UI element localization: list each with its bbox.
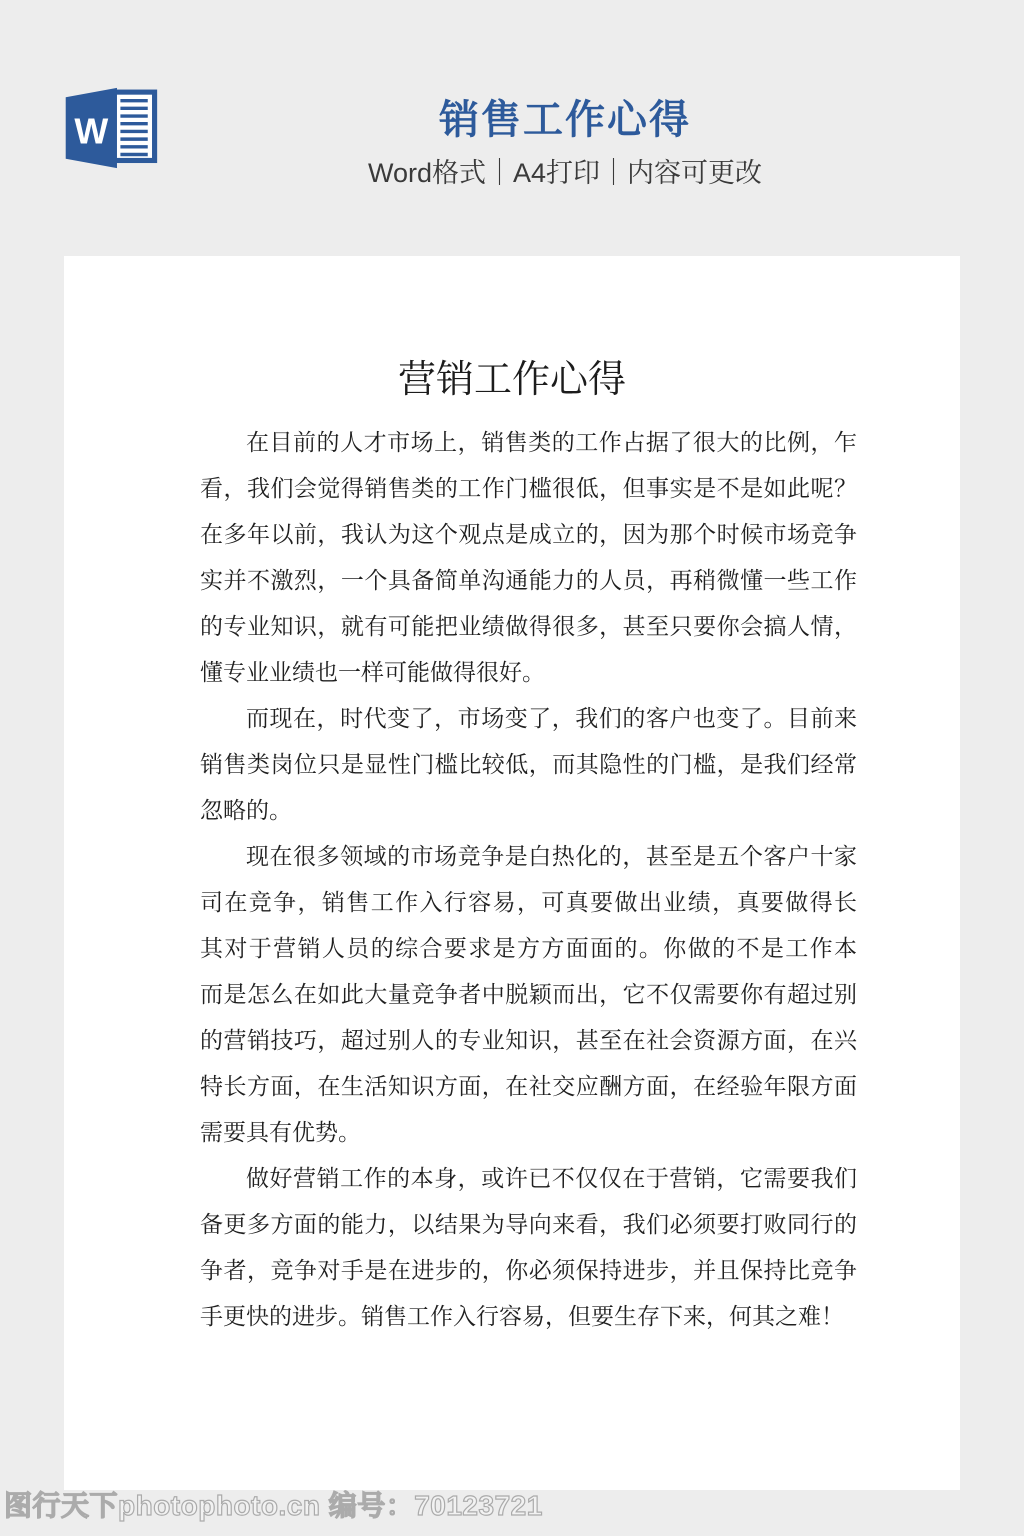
document-title: 营销工作心得	[64, 256, 960, 408]
document-line: 实并不激烈，一个具备简单沟通能力的人员，再稍微懂一些工作类	[200, 558, 857, 604]
header: W 销售工作心得 Word格式｜A4打印｜内容可更改	[0, 0, 1024, 256]
document-line: 手更快的进步。销售工作入行容易，但要生存下来，何其之难！	[200, 1294, 857, 1340]
document-line: 现在很多领域的市场竞争是白热化的，甚至是五个客户十家公	[200, 834, 857, 880]
document-line: 需要具有优势。	[200, 1110, 857, 1156]
template-subtitle: Word格式｜A4打印｜内容可更改	[106, 153, 1024, 193]
document-line: 争者，竞争对手是在进步的，你必须保持进步，并且保持比竞争对	[200, 1248, 857, 1294]
document-line: 而是怎么在如此大量竞争者中脱颖而出，它不仅需要你有超过别人	[200, 972, 857, 1018]
word-logo-letter: W	[74, 111, 108, 151]
watermark-text: 图行天下photophoto.cn 编号：70123721	[4, 1486, 543, 1526]
document-line: 做好营销工作的本身，或许已不仅仅在于营销，它需要我们具	[200, 1156, 857, 1202]
document-line: 销售类岗位只是显性门槛比较低，而其隐性的门槛，是我们经常会	[200, 742, 857, 788]
document-line: 备更多方面的能力，以结果为导向来看，我们必须要打败同行的竞	[200, 1202, 857, 1248]
document-line: 在目前的人才市场上，销售类的工作占据了很大的比例，乍一	[200, 420, 857, 466]
document-line: 忽略的。	[200, 788, 857, 834]
document-line: 其对于营销人员的综合要求是方方面面的。你做的不是工作本身，	[200, 926, 857, 972]
document-line: 的营销技巧，超过别人的专业知识，甚至在社会资源方面，在兴趣	[200, 1018, 857, 1064]
document-line: 的专业知识，就有可能把业绩做得很多，甚至只要你会搞人情，不	[200, 604, 857, 650]
document-body: 在目前的人才市场上，销售类的工作占据了很大的比例，乍一看，我们会觉得销售类的工作…	[200, 420, 857, 1340]
document-line: 看，我们会觉得销售类的工作门槛很低，但事实是不是如此呢？放	[200, 466, 857, 512]
document-line: 懂专业业绩也一样可能做得很好。	[200, 650, 857, 696]
document-line: 特长方面，在生活知识方面，在社交应酬方面，在经验年限方面都	[200, 1064, 857, 1110]
document-line: 司在竞争，销售工作入行容易，可真要做出业绩，真要做得长久，	[200, 880, 857, 926]
document-page: 营销工作心得 在目前的人才市场上，销售类的工作占据了很大的比例，乍一看，我们会觉…	[64, 256, 960, 1490]
template-title: 销售工作心得	[106, 96, 1024, 144]
template-preview-page: { "colors": { "background": "#ededed", "…	[0, 0, 1024, 1536]
document-line: 在多年以前，我认为这个观点是成立的，因为那个时候市场竞争其	[200, 512, 857, 558]
document-line: 而现在，时代变了，市场变了，我们的客户也变了。目前来看，	[200, 696, 857, 742]
